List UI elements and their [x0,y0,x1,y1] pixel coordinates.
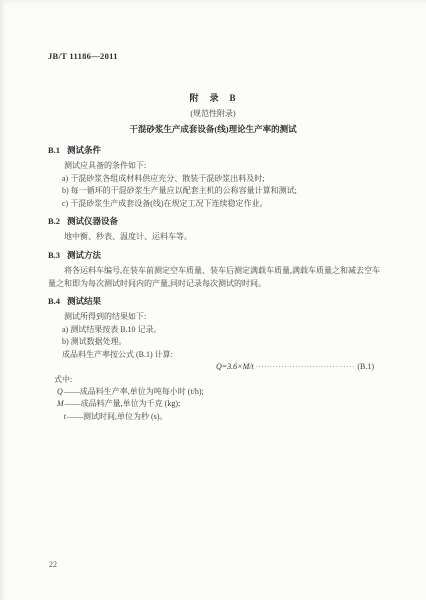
variable-m-description: ——成品料产量,单位为千克 (kg); [65,399,181,408]
document-page: JB/T 11186—2011 附 录 B (规范性附录) 干混砂浆生产成套设备… [0,0,426,600]
b1-item-b: b) 每一循环的干混砂浆生产量应以配套主机的公称容量计算和测试; [48,185,386,197]
formula-leader-dots: ········································… [256,361,356,373]
section-title-b3: 测试方法 [67,250,101,260]
appendix-title-block: 附 录 B (规范性附录) 干混砂浆生产成套设备(线)理论生产率的测试 [0,91,426,135]
document-body: B.1测试条件 测试应具备的条件如下: a) 干混砂浆各组成材料供应充分、散装干… [48,144,386,423]
section-title-b4: 测试结果 [67,296,101,306]
b4-intro: 测试所得到的结果如下: [48,311,386,323]
where-line-t: t——测试时间,单位为秒 (s)。 [48,411,386,423]
b1-item-a: a) 干混砂浆各组成材料供应充分、散装干混砂浆出料及时; [48,173,386,185]
variable-t: t [57,411,66,423]
variable-m: M [57,399,64,408]
formula-reference: (B.1) [357,361,374,373]
b1-intro: 测试应具备的条件如下: [48,160,386,172]
b3-body: 将各运料车编号,在装车前测定空车质量、装车后测定满载车质量,满载车质量之和减去空… [48,265,386,290]
b1-item-c: c) 干混砂浆生产成套设备(线)在规定工况下连续稳定作业。 [48,198,386,210]
section-number-b3: B.3 [48,250,60,260]
b4-item-b: b) 测试数据处理。 [48,336,386,348]
section-heading-b2: B.2测试仪器设备 [48,215,386,227]
variable-q: Q [57,387,63,396]
appendix-label: 附 录 B [0,91,426,104]
section-title-b1: 测试条件 [67,145,101,155]
where-line-q: Q——成品料生产率,单位为吨每小时 (t/h); [48,386,386,398]
section-number-b4: B.4 [48,296,60,306]
formula-expression: Q=3.6×M/t [216,361,254,373]
section-heading-b3: B.3测试方法 [48,249,386,261]
section-number-b2: B.2 [48,216,60,226]
section-heading-b4: B.4测试结果 [48,295,386,307]
section-heading-b1: B.1测试条件 [48,144,386,156]
appendix-type: (规范性附录) [0,108,426,119]
section-title-b2: 测试仪器设备 [67,216,118,226]
section-number-b1: B.1 [48,145,60,155]
b2-body: 地中衡、秒表、温度计、运料车等。 [48,231,386,243]
b4-item-a: a) 测试结果按表 B.10 记录。 [48,324,386,336]
appendix-title: 干混砂浆生产成套设备(线)理论生产率的测试 [0,123,426,135]
page-number: 22 [49,560,57,569]
standard-number: JB/T 11186—2011 [48,51,118,61]
variable-t-description: ——测试时间,单位为秒 (s)。 [67,412,167,421]
b4-formula-intro: 成品料生产率按公式 (B.1) 计算: [48,349,386,361]
where-label: 式中: [48,374,386,386]
where-line-m: M——成品料产量,单位为千克 (kg); [48,398,386,410]
variable-q-description: ——成品料生产率,单位为吨每小时 (t/h); [64,387,204,396]
formula-b1-row: Q=3.6×M/t ······························… [48,361,386,373]
